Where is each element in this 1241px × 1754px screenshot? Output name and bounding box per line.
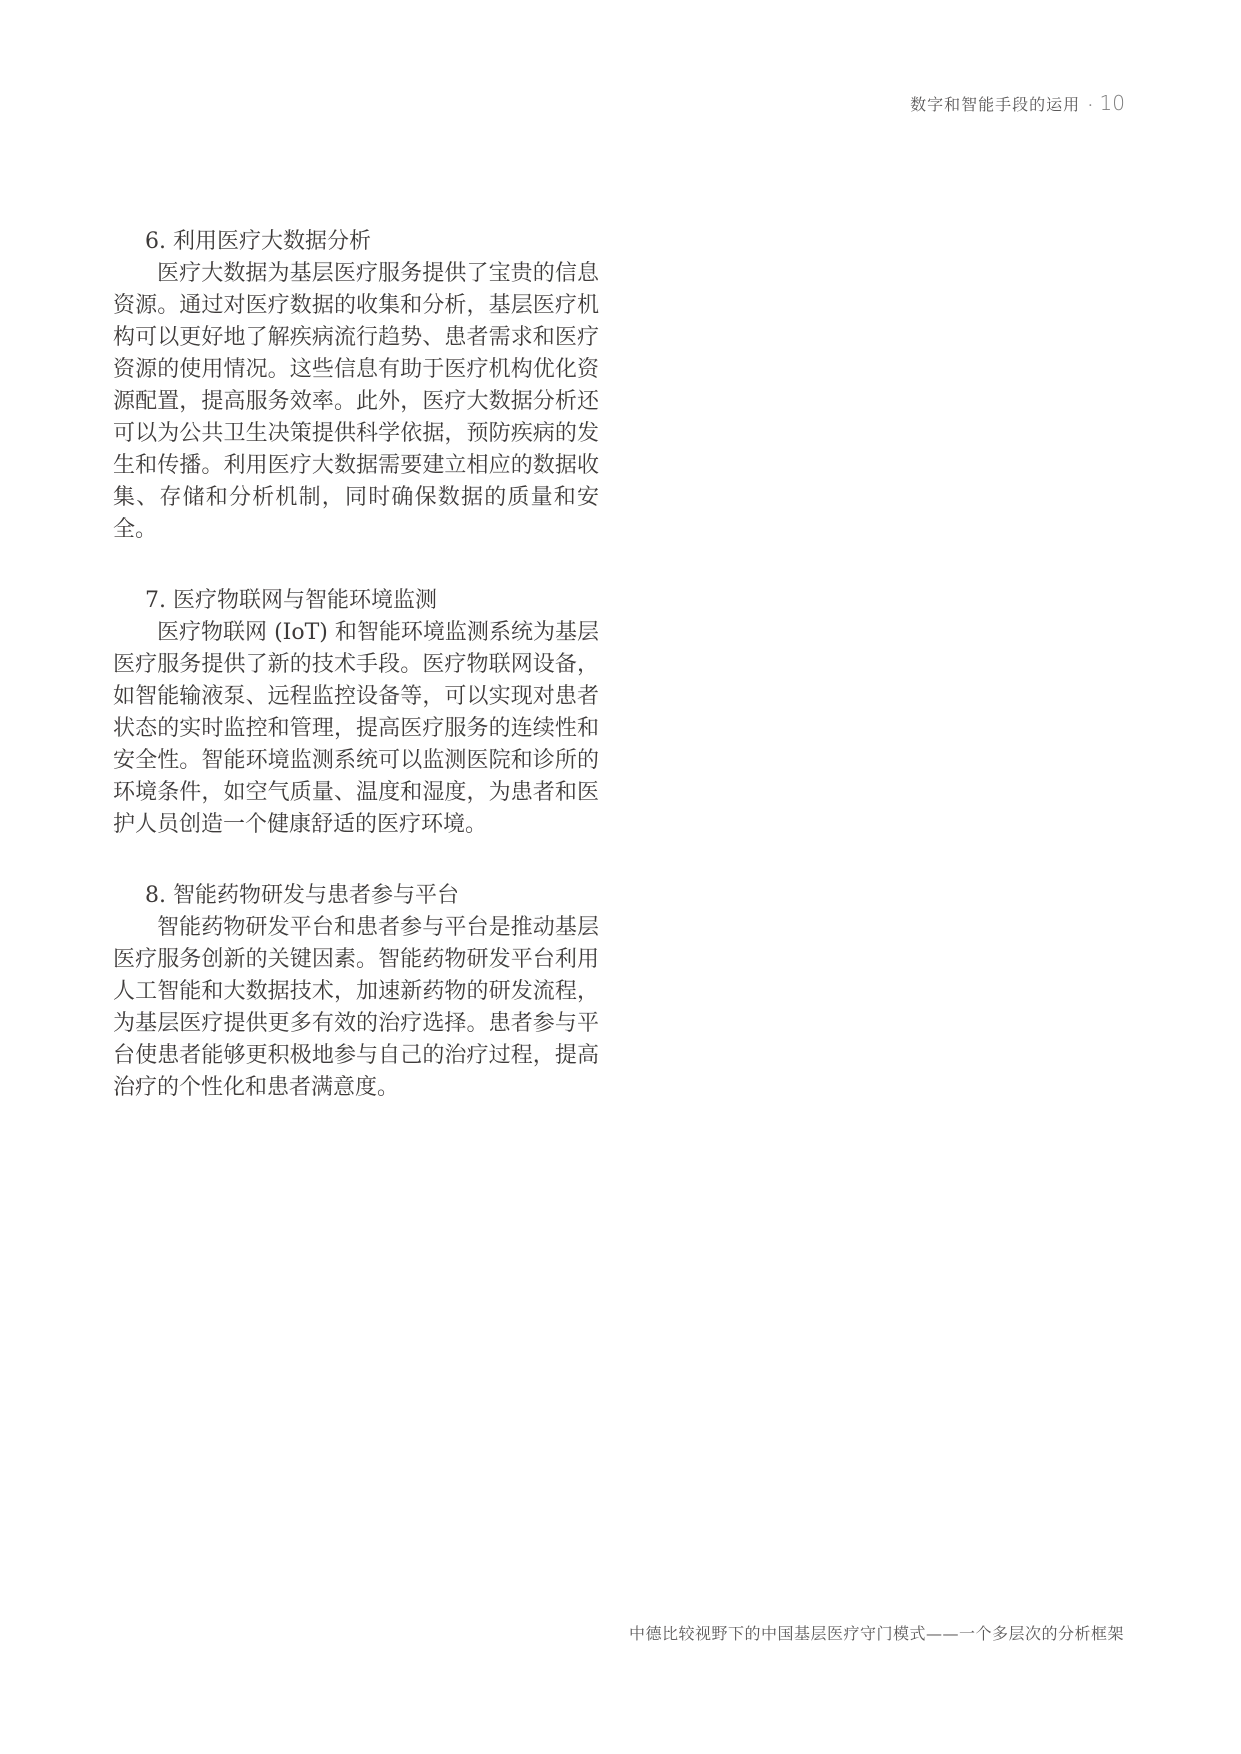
section-7: 7. 医疗物联网与智能环境监测 医疗物联网 (IoT) 和智能环境监测系统为基层… — [113, 585, 599, 841]
section-7-heading: 7. 医疗物联网与智能环境监测 — [113, 585, 599, 617]
page-number: 10 — [1100, 91, 1125, 115]
chapter-title: 数字和智能手段的运用 — [910, 92, 1080, 115]
section-8: 8. 智能药物研发与患者参与平台 智能药物研发平台和患者参与平台是推动基层医疗服… — [113, 880, 599, 1104]
section-7-paragraph: 医疗物联网 (IoT) 和智能环境监测系统为基层医疗服务提供了新的技术手段。医疗… — [113, 617, 599, 841]
section-8-paragraph: 智能药物研发平台和患者参与平台是推动基层医疗服务创新的关键因素。智能药物研发平台… — [113, 912, 599, 1104]
section-6-paragraph: 医疗大数据为基层医疗服务提供了宝贵的信息资源。通过对医疗数据的收集和分析，基层医… — [113, 258, 599, 546]
running-header: 数字和智能手段的运用 · 10 — [910, 91, 1125, 115]
section-6: 6. 利用医疗大数据分析 医疗大数据为基层医疗服务提供了宝贵的信息资源。通过对医… — [113, 226, 599, 546]
section-6-heading: 6. 利用医疗大数据分析 — [113, 226, 599, 258]
body-text-column: 6. 利用医疗大数据分析 医疗大数据为基层医疗服务提供了宝贵的信息资源。通过对医… — [113, 226, 599, 1104]
book-title: 中德比较视野下的中国基层医疗守门模式——一个多层次的分析框架 — [629, 1624, 1124, 1643]
header-separator-dot: · — [1088, 98, 1093, 114]
document-page: 数字和智能手段的运用 · 10 6. 利用医疗大数据分析 医疗大数据为基层医疗服… — [0, 0, 1241, 1754]
section-8-heading: 8. 智能药物研发与患者参与平台 — [113, 880, 599, 912]
running-footer: 中德比较视野下的中国基层医疗守门模式——一个多层次的分析框架 — [629, 1621, 1124, 1644]
